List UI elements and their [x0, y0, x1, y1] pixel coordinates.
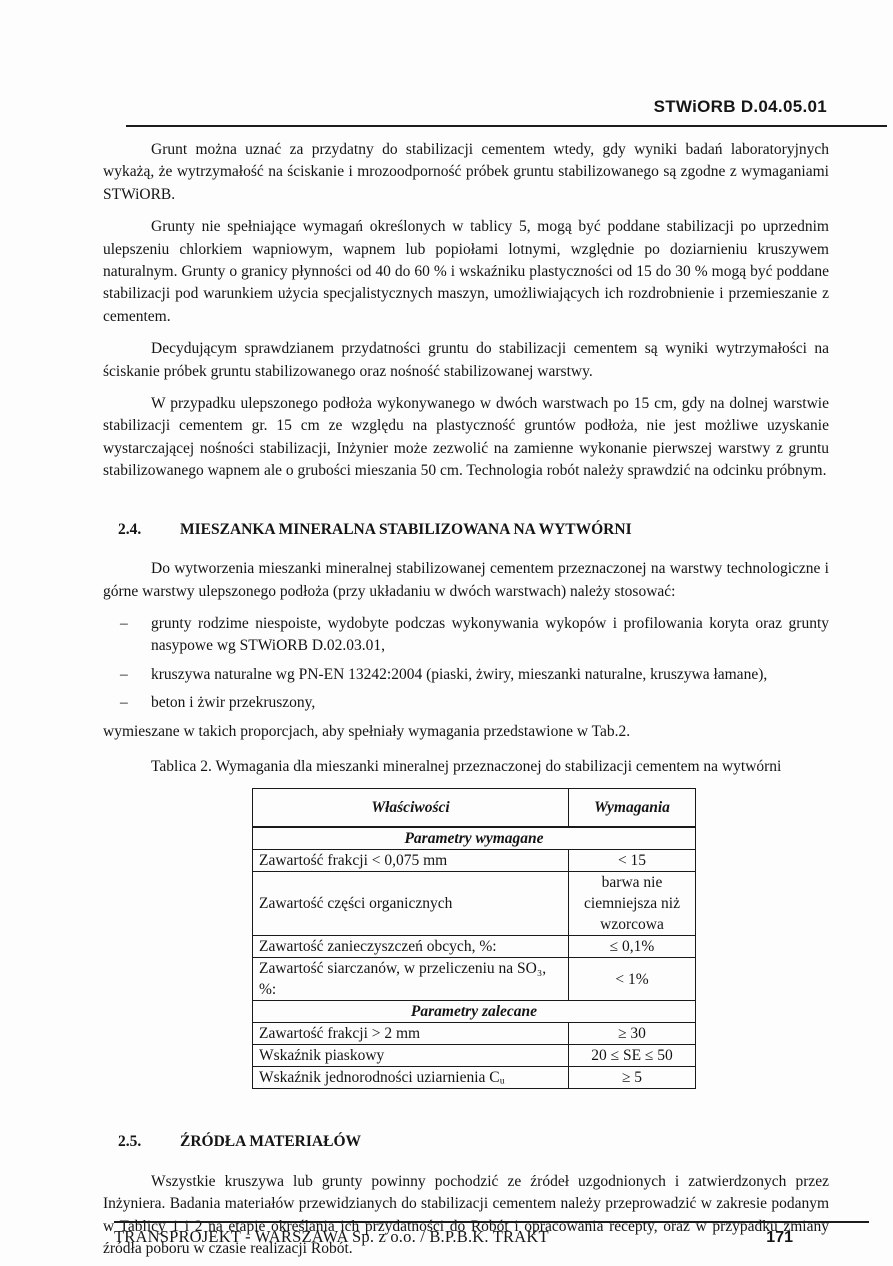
requirement-cell: barwa nie ciemniejsza niż wzorcowa	[569, 872, 696, 936]
section-heading-2-5: 2.5. ŹRÓDŁA MATERIAŁÓW	[103, 1131, 829, 1153]
requirement-cell: ≤ 0,1%	[569, 936, 696, 958]
list-item: – beton i żwir przekruszony,	[103, 692, 829, 714]
table-row: Zawartość frakcji < 0,075 mm < 15	[253, 850, 696, 872]
requirement-cell: < 15	[569, 850, 696, 872]
table-row: Wskaźnik jednorodności uziarnienia Cᵤ ≥ …	[253, 1067, 696, 1089]
list-item: – kruszywa naturalne wg PN-EN 13242:2004…	[103, 664, 829, 686]
paragraph: Grunty nie spełniające wymagań określony…	[103, 216, 829, 328]
requirement-cell: < 1%	[569, 958, 696, 1001]
table-row: Zawartość zanieczyszczeń obcych, %: ≤ 0,…	[253, 936, 696, 958]
property-cell: Zawartość części organicznych	[253, 872, 569, 936]
dash-marker: –	[103, 613, 151, 658]
list-item: – grunty rodzime niespoiste, wydobyte po…	[103, 613, 829, 658]
page-content: Grunt można uznać za przydatny do stabil…	[103, 139, 829, 1266]
document-page: STWiORB D.04.05.01 Grunt można uznać za …	[0, 0, 893, 1266]
section-title: MIESZANKA MINERALNA STABILIZOWANA NA WYT…	[180, 519, 632, 541]
header-doc-code: STWiORB D.04.05.01	[654, 97, 827, 117]
table-caption: Tablica 2. Wymagania dla mieszanki miner…	[103, 756, 829, 778]
dash-marker: –	[103, 692, 151, 714]
table-row: Zawartość frakcji > 2 mm ≥ 30	[253, 1023, 696, 1045]
footer-company: TRANSPROJEKT - WARSZAWA Sp. z o.o. / B.P…	[114, 1227, 549, 1247]
list-item-text: grunty rodzime niespoiste, wydobyte podc…	[151, 613, 829, 658]
requirement-cell: 20 ≤ SE ≤ 50	[569, 1045, 696, 1067]
table-section-label: Parametry wymagane	[253, 827, 696, 850]
list-item-text: beton i żwir przekruszony,	[151, 692, 829, 714]
table-section-label: Parametry zalecane	[253, 1001, 696, 1023]
requirement-cell: ≥ 5	[569, 1067, 696, 1089]
requirement-cell: ≥ 30	[569, 1023, 696, 1045]
page-number: 171	[766, 1229, 793, 1247]
section-heading-2-4: 2.4. MIESZANKA MINERALNA STABILIZOWANA N…	[103, 519, 829, 541]
paragraph: Decydującym sprawdzianem przydatności gr…	[103, 338, 829, 383]
table-row: Zawartość części organicznych barwa nie …	[253, 872, 696, 936]
table-section-row: Parametry zalecane	[253, 1001, 696, 1023]
bullet-list: – grunty rodzime niespoiste, wydobyte po…	[103, 613, 829, 715]
paragraph: Grunt można uznać za przydatny do stabil…	[103, 139, 829, 206]
property-cell: Wskaźnik jednorodności uziarnienia Cᵤ	[253, 1067, 569, 1089]
paragraph: wymieszane w takich proporcjach, aby spe…	[103, 721, 829, 743]
property-cell: Zawartość siarczanów, w przeliczeniu na …	[253, 958, 569, 1001]
dash-marker: –	[103, 664, 151, 686]
header-rule	[126, 125, 887, 127]
column-header-properties: Właściwości	[253, 789, 569, 828]
section-number: 2.5.	[103, 1131, 180, 1153]
property-cell: Wskaźnik piaskowy	[253, 1045, 569, 1067]
paragraph: Do wytworzenia mieszanki mineralnej stab…	[103, 558, 829, 603]
paragraph: W przypadku ulepszonego podłoża wykonywa…	[103, 393, 829, 483]
property-cell: Zawartość zanieczyszczeń obcych, %:	[253, 936, 569, 958]
page-footer: TRANSPROJEKT - WARSZAWA Sp. z o.o. / B.P…	[114, 1221, 869, 1247]
section-title: ŹRÓDŁA MATERIAŁÓW	[180, 1131, 361, 1153]
table-row: Zawartość siarczanów, w przeliczeniu na …	[253, 958, 696, 1001]
property-cell: Zawartość frakcji < 0,075 mm	[253, 850, 569, 872]
table-row: Wskaźnik piaskowy 20 ≤ SE ≤ 50	[253, 1045, 696, 1067]
section-number: 2.4.	[103, 519, 180, 541]
column-header-requirements: Wymagania	[569, 789, 696, 828]
table-section-row: Parametry wymagane	[253, 827, 696, 850]
table-header-row: Właściwości Wymagania	[253, 789, 696, 828]
requirements-table: Właściwości Wymagania Parametry wymagane…	[252, 788, 696, 1089]
property-cell: Zawartość frakcji > 2 mm	[253, 1023, 569, 1045]
list-item-text: kruszywa naturalne wg PN-EN 13242:2004 (…	[151, 664, 829, 686]
